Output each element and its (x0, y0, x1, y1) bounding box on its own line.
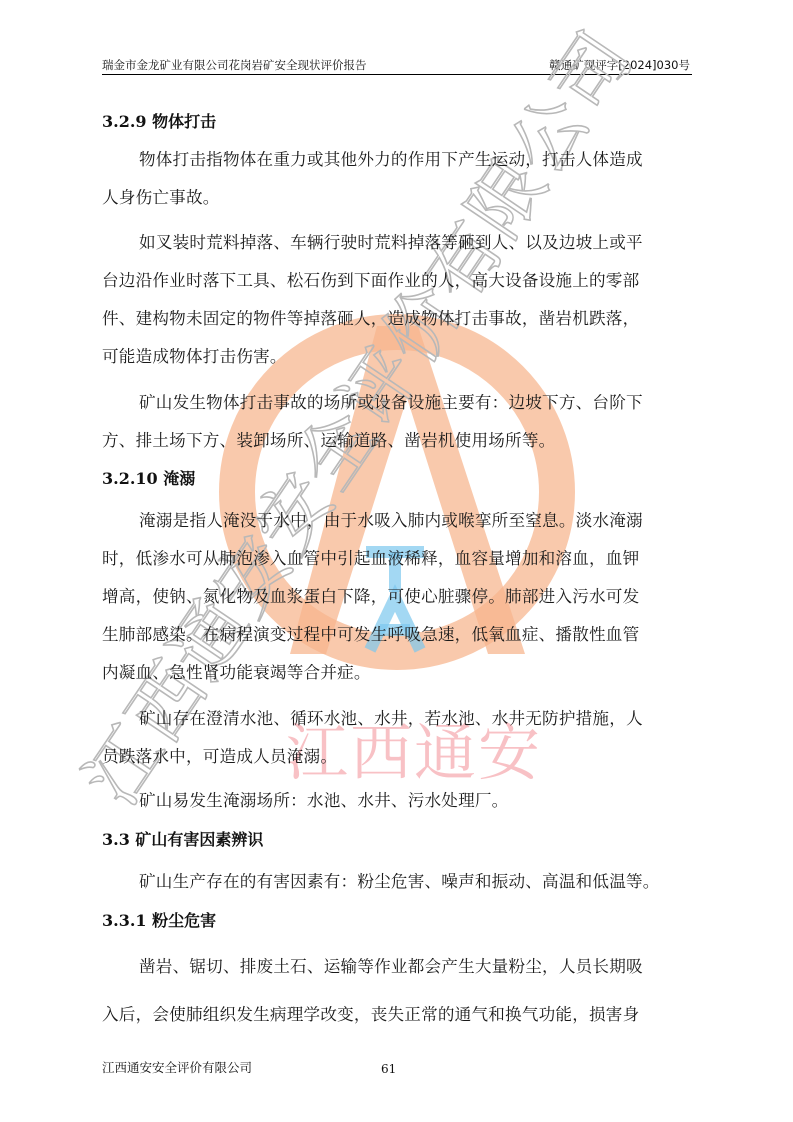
header-rule (102, 74, 692, 75)
document-page: 瑞金市金龙矿业有限公司花岗岩矿安全现状评价报告 赣通矿现评字[2024]030号… (0, 0, 793, 1122)
section-heading: 3.2.10 淹溺 (102, 468, 195, 490)
paragraph-line: 如叉装时荒料掉落、车辆行驶时荒料掉落等砸到人、以及边坡上或平 (139, 232, 729, 254)
paragraph-line: 淹溺是指人淹没于水中，由于水吸入肺内或喉挛所至窒息。淡水淹溺 (139, 510, 729, 532)
paragraph-line: 矿山易发生淹溺场所：水池、水井、污水处理厂。 (139, 790, 729, 812)
section-heading: 3.3 矿山有害因素辨识 (102, 829, 263, 851)
report-number: 赣通矿现评字[2024]030号 (549, 57, 690, 73)
paragraph-line: 物体打击指物体在重力或其他外力的作用下产生运动，打击人体造成 (139, 149, 729, 171)
page-header: 瑞金市金龙矿业有限公司花岗岩矿安全现状评价报告 赣通矿现评字[2024]030号 (102, 57, 690, 73)
paragraph-line: 方、排土场下方、装卸场所、运输道路、凿岩机使用场所等。 (102, 430, 692, 452)
paragraph-line: 增高，使钠、氮化物及血浆蛋白下降，可使心脏骤停。肺部进入污水可发 (102, 586, 692, 608)
paragraph-line: 件、建构物未固定的物件等掉落砸人，造成物体打击事故，凿岩机跌落， (102, 308, 692, 330)
paragraph-line: 员跌落水中，可造成人员淹溺。 (102, 746, 692, 768)
paragraph-line: 人身伤亡事故。 (102, 187, 692, 209)
paragraph-line: 内凝血、急性肾功能衰竭等合并症。 (102, 662, 692, 684)
report-title: 瑞金市金龙矿业有限公司花岗岩矿安全现状评价报告 (102, 57, 367, 73)
paragraph-line: 可能造成物体打击伤害。 (102, 346, 692, 368)
paragraph-line: 台边沿作业时落下工具、松石伤到下面作业的人，高大设备设施上的零部 (102, 270, 692, 292)
paragraph-line: 矿山存在澄清水池、循环水池、水井，若水池、水井无防护措施，人 (139, 708, 729, 730)
diagonal-watermark-text: 江西通安安全评价有限公司 (69, 16, 650, 820)
footer-company: 江西通安安全评价有限公司 (102, 1060, 252, 1076)
paragraph-line: 生肺部感染。在病程演变过程中可发生呼吸急速，低氧血症、播散性血管 (102, 624, 692, 646)
paragraph-line: 入后，会使肺组织发生病理学改变，丧失正常的通气和换气功能，损害身 (102, 1004, 692, 1026)
section-heading: 3.2.9 物体打击 (102, 111, 216, 133)
paragraph-line: 矿山生产存在的有害因素有：粉尘危害、噪声和振动、高温和低温等。 (139, 871, 729, 893)
paragraph-line: 时，低渗水可从肺泡渗入血管中引起血液稀释，血容量增加和溶血，血钾 (102, 548, 692, 570)
section-heading: 3.3.1 粉尘危害 (102, 910, 216, 932)
paragraph-line: 凿岩、锯切、排废土石、运输等作业都会产生大量粉尘，人员长期吸 (139, 956, 729, 978)
paragraph-line: 矿山发生物体打击事故的场所或设备设施主要有：边坡下方、台阶下 (139, 392, 729, 414)
page-number: 61 (381, 1061, 396, 1077)
